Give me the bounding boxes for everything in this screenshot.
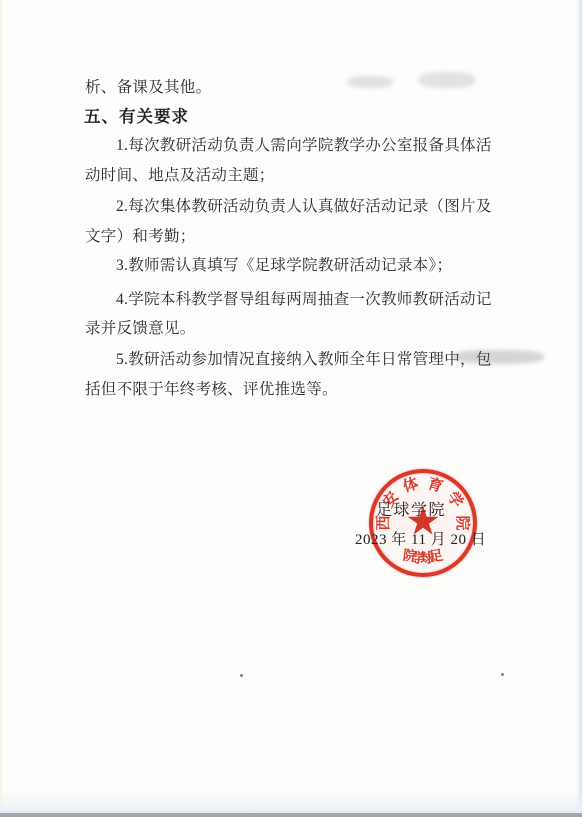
doc-line-item2: 2.每次集体教研活动负责人认真做好活动记录（图片及 (116, 194, 492, 216)
signature-date: 2023 年 11 月 20 日 (355, 528, 486, 549)
doc-line-item4-wrap: 录并反馈意见。 (85, 316, 196, 338)
scan-edge-right (576, 0, 582, 817)
scan-speck (240, 674, 243, 677)
doc-line-item5: 5.教研活动参加情况直接纳入教师全年日常管理中，包 (116, 347, 492, 369)
scanned-document-page: 析、备课及其他。 五、有关要求 1.每次教研活动负责人需向学院教学办公室报备具体… (0, 0, 582, 817)
official-seal: 西 安 体 育 学 院 ★ 足 球 学 院 (369, 469, 477, 577)
seal-bottom-char: 院 (401, 549, 419, 567)
scan-smudge (347, 76, 393, 88)
doc-line-item4: 4.学院本科教学督导组每两周抽查一次教师教研活动记 (116, 287, 492, 309)
scan-smudge (452, 350, 544, 364)
doc-line-item3: 3.教师需认真填写《足球学院教研活动记录本》； (116, 253, 452, 275)
scan-speck (501, 673, 504, 676)
scan-edge-left (0, 0, 3, 817)
signature-org-name: 足球学院 (376, 497, 446, 520)
doc-line-item2-wrap: 文字）和考勤； (85, 224, 196, 246)
section-heading: 五、有关要求 (84, 103, 189, 127)
scan-smudge (418, 72, 476, 88)
doc-line-item1: 1.每次教研活动负责人需向学院教学办公室报备具体活 (116, 133, 492, 155)
doc-line-continuation: 析、备课及其他。 (85, 75, 211, 97)
scan-edge-bottom-line (0, 813, 582, 817)
doc-line-item1-wrap: 动时间、地点及活动主题； (85, 163, 275, 185)
doc-line-item5-wrap: 括但不限于年终考核、评优推选等。 (85, 377, 338, 399)
